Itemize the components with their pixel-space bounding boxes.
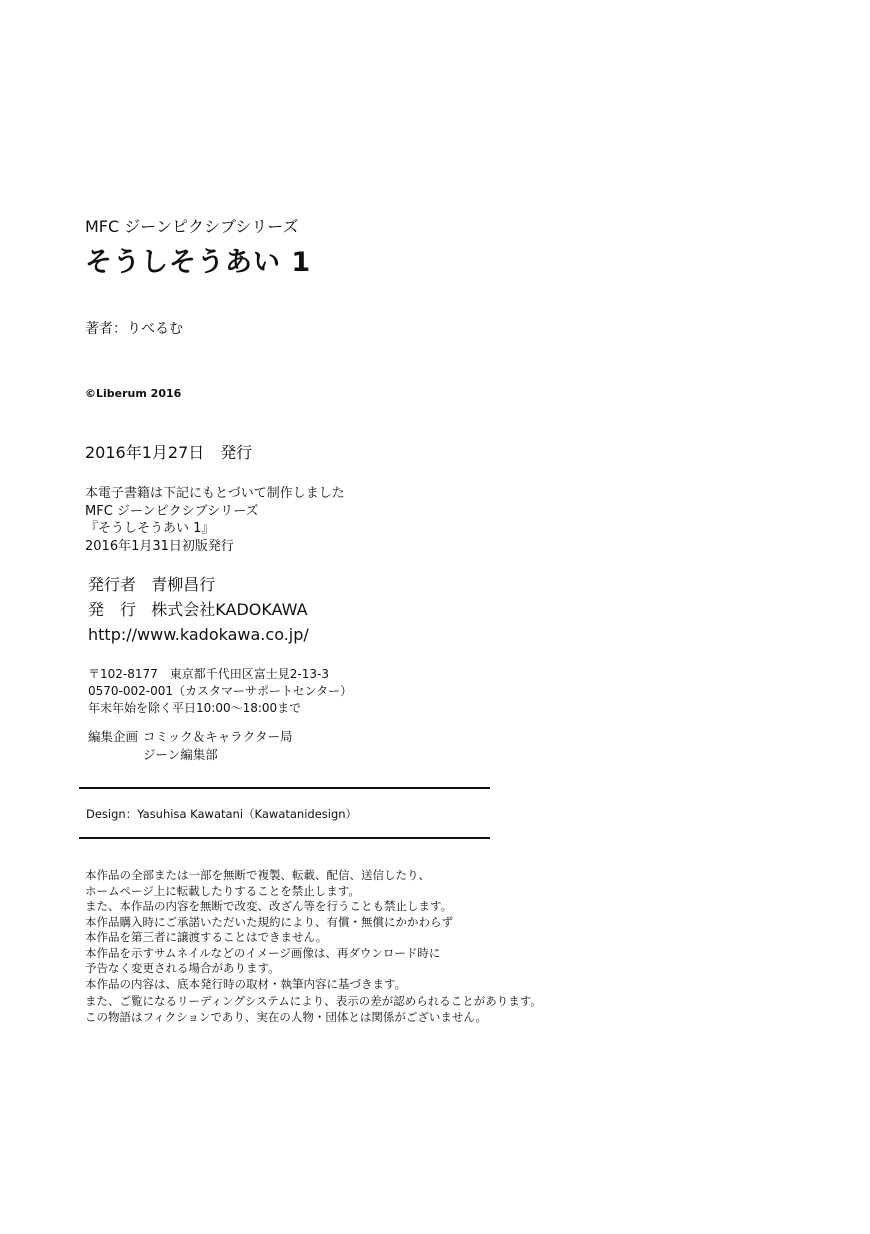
issuer-name: 青柳昌行: [151, 575, 215, 594]
source-edition-block: 本電子書籍は下記にもとづいて制作しました MFC ジーンピクシブシリーズ 『そう…: [85, 485, 345, 555]
address-block: 〒102-8177 東京都千代田区富士見2-13-3 0570-002-001（…: [88, 666, 352, 717]
publication-date: 2016年1月27日 発行: [85, 440, 252, 463]
address-line: 年末年始を除く平日10:00～18:00まで: [88, 700, 352, 717]
editorial-line: ジーン編集部: [143, 746, 293, 764]
series-name: MFC ジーンピクシブシリーズ: [85, 214, 299, 237]
address-line: 〒102-8177 東京都千代田区富士見2-13-3: [88, 666, 352, 683]
source-line: 2016年1月31日初版発行: [85, 538, 345, 556]
notice-line: 本作品の内容は、底本発行時の取材・執筆内容に基づきます。: [85, 977, 453, 993]
notice-line: また、ご覧になるリーディングシステムにより、表示の差が認められることがあります。: [85, 994, 542, 1010]
address-line: 0570-002-001（カスタマーサポートセンター）: [88, 683, 352, 700]
publisher-name: 株式会社KADOKAWA: [151, 600, 307, 619]
source-line: MFC ジーンピクシブシリーズ: [85, 503, 345, 521]
editorial-block: 編集企画 コミック＆キャラクター局 ジーン編集部: [88, 728, 293, 764]
divider-bottom: [79, 837, 490, 839]
publisher-label: 発 行: [88, 600, 136, 619]
divider-top: [79, 787, 490, 789]
notice-line: ホームページ上に転載したりすることを禁止します。: [85, 884, 453, 900]
source-line: 本電子書籍は下記にもとづいて制作しました: [85, 485, 345, 503]
fiction-notice-block: また、ご覧になるリーディングシステムにより、表示の差が認められることがあります。…: [85, 994, 542, 1025]
editorial-label: 編集企画: [88, 728, 143, 764]
book-title: そうしそうあい 1: [85, 240, 311, 279]
author-credit: 著者：りべるむ: [85, 318, 183, 338]
publisher-block: 発行者 青柳昌行 発 行 株式会社KADOKAWA http://www.kad…: [88, 572, 309, 647]
design-credit: Design：Yasuhisa Kawatani（Kawatanidesign）: [86, 806, 357, 822]
notice-line: 本作品を示すサムネイルなどのイメージ画像は、再ダウンロード時に: [85, 946, 453, 962]
notice-line: 本作品を第三者に譲渡することはできません。: [85, 930, 453, 946]
issuer-row: 発行者 青柳昌行: [88, 572, 309, 597]
issuer-label: 発行者: [88, 575, 136, 594]
notice-line: また、本作品の内容を無断で改変、改ざん等を行うことも禁止します。: [85, 899, 453, 915]
notice-line: この物語はフィクションであり、実在の人物・団体とは関係がございません。: [85, 1010, 542, 1026]
source-line: 『そうしそうあい 1』: [85, 520, 345, 538]
legal-notice-block: 本作品の全部または一部を無断で複製、転載、配信、送信したり、 ホームページ上に転…: [85, 868, 453, 992]
publisher-url[interactable]: http://www.kadokawa.co.jp/: [88, 622, 309, 647]
publisher-row: 発 行 株式会社KADOKAWA: [88, 597, 309, 622]
notice-line: 予告なく変更される場合があります。: [85, 961, 453, 977]
notice-line: 本作品購入時にご承諾いただいた規約により、有償・無償にかかわらず: [85, 915, 453, 931]
editorial-line: コミック＆キャラクター局: [143, 728, 293, 746]
notice-line: 本作品の全部または一部を無断で複製、転載、配信、送信したり、: [85, 868, 453, 884]
copyright-notice: ©Liberum 2016: [85, 387, 181, 400]
